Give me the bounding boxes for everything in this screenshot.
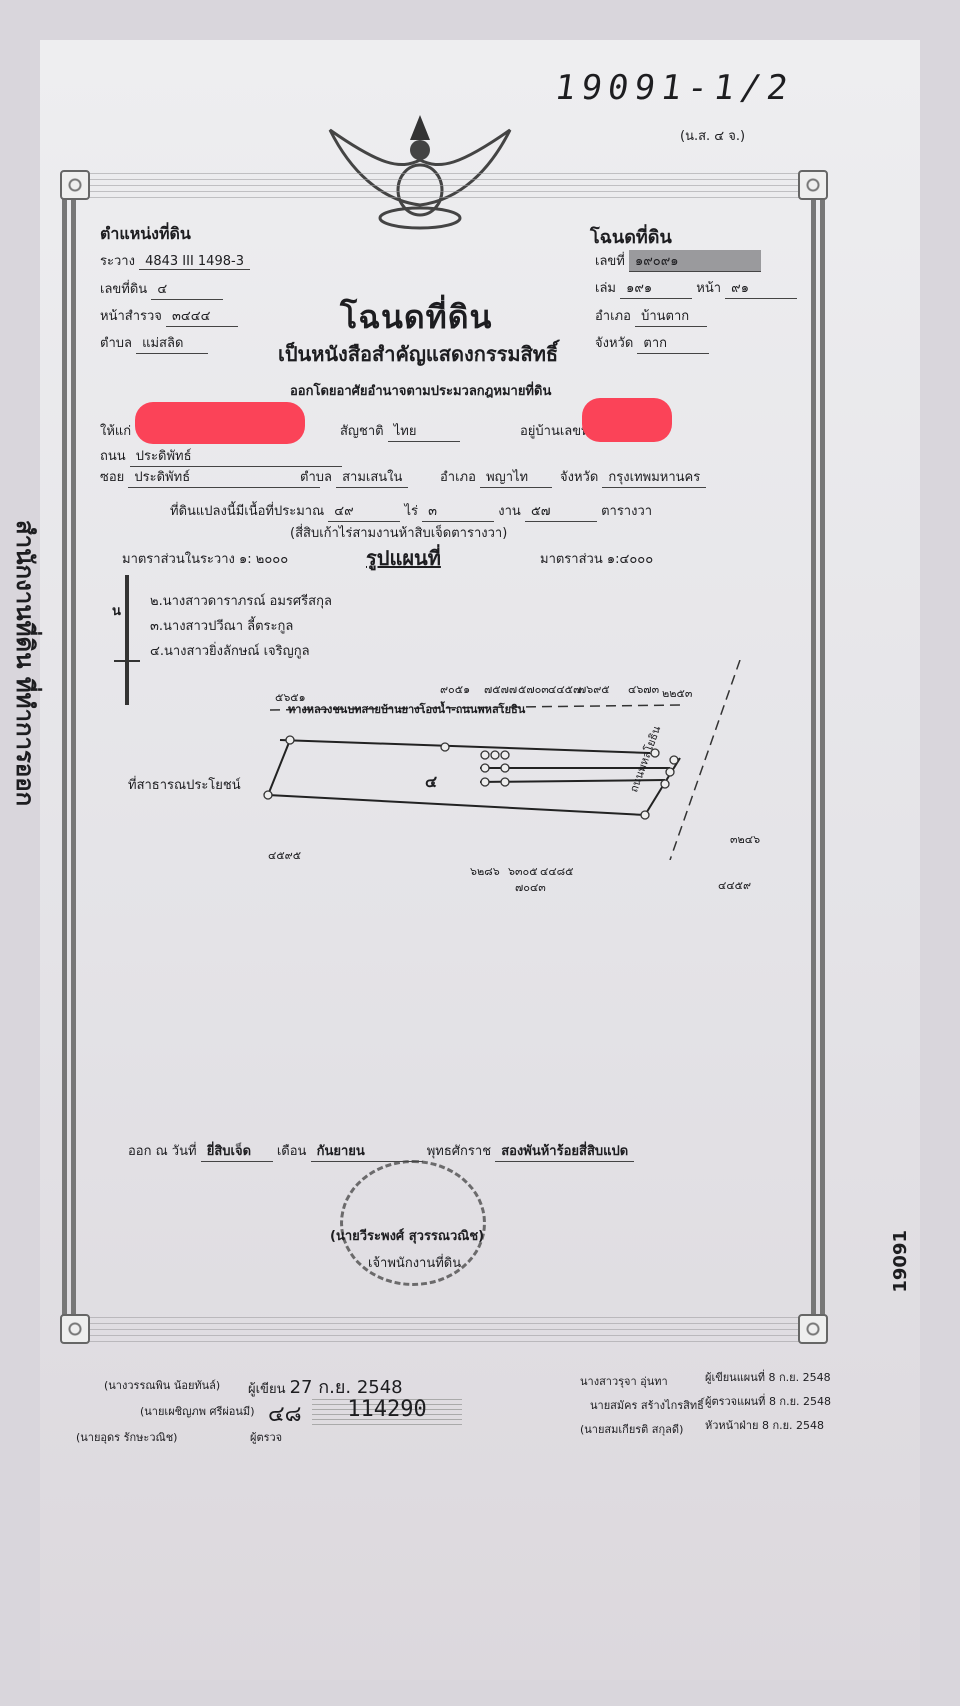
location-field: หน้าสำรวจ ๓๔๔๔ [100, 305, 238, 327]
subdistrict: ตำบล สามเสนใน [300, 466, 408, 488]
handwritten-reference: 19091-1/2 [552, 68, 796, 108]
corner-ornament-icon [60, 170, 90, 200]
area-text: (สี่สิบเก้าไร่สามงานห้าสิบเจ็ดตารางวา) [290, 522, 507, 543]
house-number-label: อยู่บ้านเลขที่ [520, 420, 590, 441]
district: อำเภอ พญาไท [440, 466, 552, 488]
north-label: น [112, 600, 121, 621]
land-officer-title: เจ้าพนักงานที่ดิน [368, 1252, 461, 1273]
footer-role: ผู้เขียนแผนที่ 8 ก.ย. 2548 [705, 1368, 831, 1386]
deed-serial-number: 114290 [312, 1395, 462, 1425]
area-line: ที่ดินแปลงนี้มีเนื้อที่ประมาณ ๔๙ ไร่ ๓ ง… [170, 500, 652, 522]
document-title: โฉนดที่ดิน [340, 292, 492, 343]
co-owner: ๓.นางสาวปวีณา ลี้ตระกูล [150, 615, 293, 636]
footer-signatory: (นายสมเกียรติ สกุลดี) [580, 1420, 683, 1438]
co-owner: ๒.นางสาวดาราภรณ์ อมรศรีสกุล [150, 590, 332, 611]
corner-ornament-icon [798, 1314, 828, 1344]
footer-signatory: (นายเผชิญภพ ศรีผ่อนมี) [140, 1402, 254, 1420]
deed-number: เลขที่ ๑๙๐๙๑ [595, 250, 761, 272]
neighbor-parcel-label: ๔๖๗๓ [628, 680, 659, 698]
deed-province: จังหวัด ตาก [595, 332, 709, 354]
issued-by-statement: ออกโดยอาศัยอำนาจตามประมวลกฎหมายที่ดิน [290, 380, 551, 401]
north-arrow-crossbar [114, 660, 140, 662]
footer-signatory: นางสาวรุจา อุ่นทา [580, 1372, 668, 1390]
neighbor-parcel-label: ๖๒๘๖ [470, 862, 500, 880]
location-heading: ตำแหน่งที่ดิน [100, 222, 191, 247]
land-officer-name: (นายวีระพงศ์ สุวรรณวณิช) [330, 1225, 484, 1246]
side-serial: 19091 [890, 1230, 911, 1293]
side-text-left: สำนักงานที่ดิน ที่ทำการออก [6, 520, 45, 806]
neighbor-parcel-label: ๙๐๕๑ [440, 680, 470, 698]
footer-signatory: นายสมัคร สร้างไกรสิทธิ์ [590, 1396, 704, 1414]
location-field: ตำบล แม่สลิด [100, 332, 208, 354]
parcel-number: ๔ [425, 770, 437, 795]
owner-label: ให้แก่ [100, 420, 131, 441]
footer-signatory: (นายอุดร รักษะวณิช) [76, 1428, 177, 1446]
corner-ornament-icon [798, 170, 828, 200]
neighbor-parcel-label: ๕๗๐๓ [518, 680, 549, 698]
north-arrow-icon [125, 575, 129, 705]
footer-role: ผู้ตรวจแผนที่ 8 ก.ย. 2548 [705, 1392, 831, 1410]
neighbor-parcel-label: ๕๖๕๑ [275, 688, 306, 706]
deed-volume: เล่ม ๑๙๑ หน้า ๙๑ [595, 277, 797, 299]
form-code: (น.ส. ๔ จ.) [680, 125, 745, 146]
location-field: เลขที่ดิน ๔ [100, 278, 223, 300]
redacted-house-number [582, 398, 672, 442]
document-subtitle: เป็นหนังสือสำคัญแสดงกรรมสิทธิ์ [278, 338, 558, 370]
location-field: ระวาง 4843 III 1498-3 [100, 250, 250, 271]
deed-heading: โฉนดที่ดิน [590, 222, 672, 251]
neighbor-parcel-label: ๗๕๗๗ [484, 680, 517, 698]
map-heading: รูปแผนที่ [366, 542, 441, 574]
redacted-owner-name [135, 402, 305, 444]
book-number: ๔๘ [268, 1396, 302, 1431]
map-scale: มาตราส่วน ๑:๔๐๐๐ [540, 548, 653, 569]
neighbor-parcel-label: ๓๒๔๖ [730, 830, 760, 848]
neighbor-parcel-label: ๔๕๙๕ [268, 846, 301, 864]
province: จังหวัด กรุงเทพมหานคร [560, 466, 706, 488]
issue-date-line: ออก ณ วันที่ ยี่สิบเจ็ด เดือน กันยายน พุ… [128, 1140, 634, 1162]
neighbor-parcel-label: ๗๖๙๕ [578, 680, 610, 698]
neighbor-parcel-label: ๔๔๕๗ [548, 680, 581, 698]
soi: ซอย ประดิพัทธ์ [100, 466, 320, 488]
footer-role: หัวหน้าฝ่าย 8 ก.ย. 2548 [705, 1416, 824, 1434]
footer-signatory: (นางวรรณพิน น้อยทันล์) [104, 1376, 220, 1394]
corner-ornament-icon [60, 1314, 90, 1344]
neighbor-parcel-label: ๗๐๔๓ [515, 878, 546, 896]
road: ถนน ประดิพัทธ์ [100, 445, 342, 467]
public-land-label: ที่สาธารณประโยชน์ [128, 774, 241, 795]
neighbor-parcel-label: ๒๒๕๓ [662, 684, 692, 702]
road-label: ทางหลวงชนบทสายบ้านยางโองน้ำ-ถนนพหลโยธิน [288, 700, 525, 718]
co-owner: ๔.นางสาวยิ่งลักษณ์ เจริญกูล [150, 640, 310, 661]
deed-district: อำเภอ บ้านตาก [595, 305, 707, 327]
neighbor-parcel-label: ๔๔๕๙ [718, 876, 751, 894]
scale-in-sheet: มาตราส่วนในระวาง ๑: ๒๐๐๐ [122, 548, 288, 569]
nationality: สัญชาติ ไทย [340, 420, 460, 442]
